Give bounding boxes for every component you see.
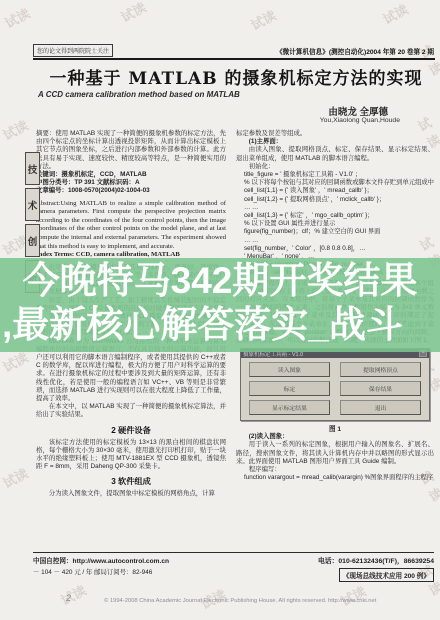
margin-banner-char: 创 [25, 224, 40, 257]
code-line: cell_list{1,3} = {' 标定' ，' mgo_callb_opt… [236, 212, 434, 220]
paper-title-english: A CCD camera calibration method based on… [38, 90, 240, 99]
section-3-heading: 3 软件组成 [36, 476, 226, 487]
article-number-line: 文章编号：1008-0570(2004)02-1004-03 [36, 187, 226, 195]
authors-english: You,Xiaolong Quan,Houde [320, 117, 400, 124]
paper-title: 一种基于 MATLAB 的摄象机标定方法的实现 [36, 64, 436, 89]
lead-line: 标定参数及误差等组成。 [236, 130, 434, 138]
journal-issue-info: 《微计算机信息》(测控自动化)2004 年第 20 卷第 2 期 [276, 46, 434, 56]
code-line: … … [236, 237, 434, 245]
figure-1-gui-window: 摄象机标定工具箱 - V1.0 × 读入图象提取网格顶点标定保存结果显示标定结果… [240, 348, 430, 421]
header-rule [33, 58, 435, 60]
hardware-paragraph: 该标定方法使用的标定模板为 13×13 的黑白相间的棋盘状网格，每个栅格大小为 … [36, 439, 226, 472]
authors-chinese: 由晓龙 全厚德 [328, 104, 388, 118]
gui-menu-button: 读入图象 [249, 362, 330, 377]
spam-banner-line-2: ,最新核心解答落实_战斗 [2, 303, 440, 347]
gui-menu-button: 标定 [249, 381, 330, 396]
gui-menu-button: 退出 [340, 400, 421, 415]
footer-left-block: 中国自控网：http://www.autocontrol.com.cn － 10… [33, 552, 226, 576]
keywords-line: 关键词：摄象机标定，CCD，MATLAB [36, 171, 226, 179]
header-notice-box: 您的论文得到两院院士关注 [33, 44, 113, 57]
footer-site-line: 中国自控网：http://www.autocontrol.com.cn [33, 555, 226, 565]
read-image-paragraph: 用于读入一系列的标定图象，根据用户输入的图象名、扩展名、路径，搜索图象文件，将其… [236, 441, 434, 466]
footer-subscription-line: － 104 － 420 元 / 年 邮局订阅号：82-946 [33, 567, 226, 576]
margin-banner-char: 术 [25, 188, 40, 221]
footer-right-block: 电话：010-62132436(T/F)，86639254 《现场总线技术应用 … [224, 552, 434, 583]
abstract-chinese: 摘要：使用 MATLAB 实现了一种简便的摄象机参数的标定方法，先由四个标定点的… [36, 130, 226, 171]
code-line: set(fig_number，' Color' ，[0.8 0.8 0.8]，… [236, 245, 434, 253]
this-paper-paragraph: 在本文中，以 MATLAB 实现了一种简便的摄象机标定算法，并给出了实验结果。 [36, 403, 226, 419]
spam-banner-line-1: 今晚特马342期开奖结果 [0, 259, 440, 303]
figure-1-caption: 图 1 [236, 423, 434, 433]
abstract-english: Abstract:Using MATLAB to realize a simpl… [36, 200, 226, 252]
section-2-heading: 2 硬件设备 [36, 425, 226, 436]
page-number-mark: 2 [66, 593, 71, 603]
code-line: title_figure = ' 摄象机标定工具箱 - V1.0' ； [236, 171, 434, 179]
gui-menu-button: 显示标定结果 [249, 400, 330, 415]
code-line: function varargout = mread_calib(varargi… [236, 474, 434, 482]
footer-phone-line: 电话：010-62132436(T/F)，86639254 [224, 552, 434, 565]
spam-watermark-banner: 今晚特马342期开奖结果 ,最新核心解答落实_战斗 [0, 258, 440, 352]
footer-book-ad: 《现场总线技术应用 200 例》 [339, 568, 434, 582]
software-paragraph: 分为读入图象文件，提取图象中标定模板的网格角点，计算 [36, 490, 226, 498]
cnki-copyright-line: © 1994-2008 China Academic Journal Elect… [104, 598, 376, 604]
code-line: cell_list{1,2} = {' 提取网格顶点' ，' mclick_ca… [236, 196, 434, 204]
main-ui-paragraph: 由读入图象、提取网格顶点、标定、保存结果、显示标定结果、退出菜单组成，使用 MA… [236, 146, 434, 162]
gui-menu-button: 提取网格顶点 [340, 362, 421, 377]
code-line: cell_list{1,1} = {' 读入图象' ，' mread_callb… [236, 187, 434, 195]
margin-banner-char: 技 [25, 152, 40, 185]
code-line: … … [236, 204, 434, 212]
function-code-block: function varargout = mread_calib(varargi… [236, 474, 434, 482]
gui-menu-button: 保存结果 [340, 381, 421, 396]
scanned-paper-page: 您的论文得到两院院士关注 《微计算机信息》(测控自动化)2004 年第 20 卷… [0, 0, 440, 620]
init-label: 初始化： [236, 163, 434, 171]
gui-button-grid: 读入图象提取网格顶点标定保存结果显示标定结果退出 [241, 358, 429, 420]
code-line: figure(fig_number)；clf；% 建立空白的 GUI 界面 [236, 228, 434, 236]
